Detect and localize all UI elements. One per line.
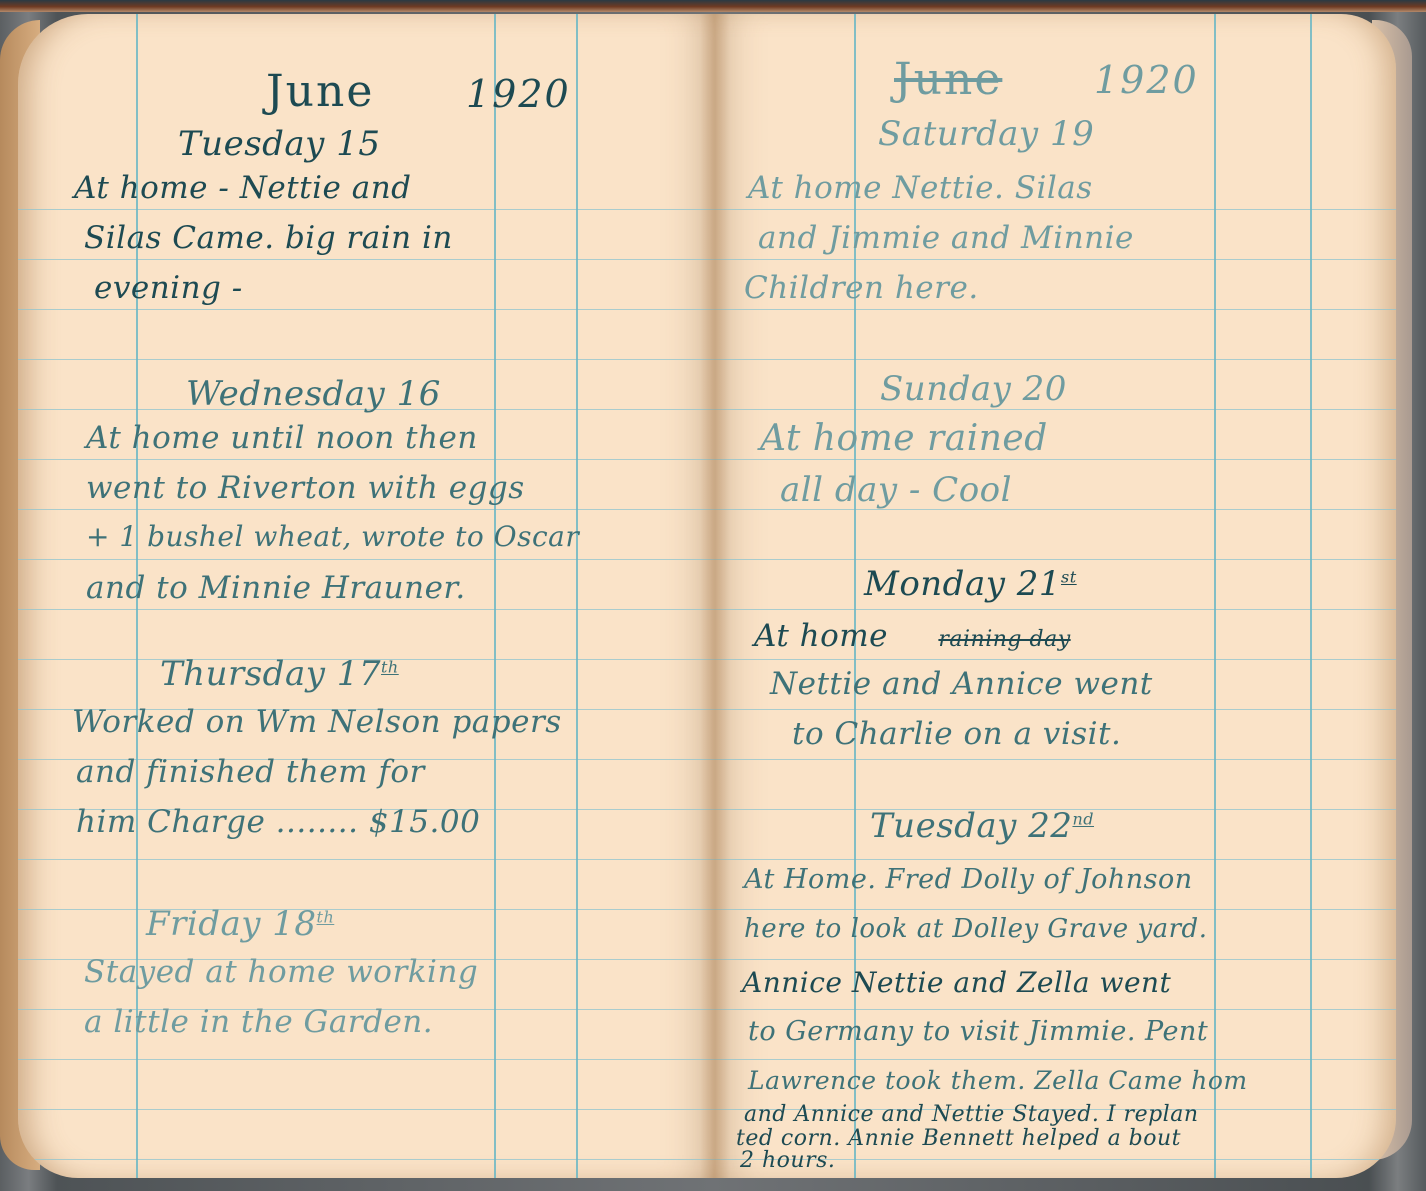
- day-date-suffix: nd: [1072, 810, 1094, 829]
- page-header-year: 1920: [466, 72, 571, 116]
- rule-line: [18, 859, 714, 860]
- entry-line: and Jimmie and Minnie: [758, 220, 1134, 256]
- day-name: Saturday: [878, 114, 1039, 154]
- page-header-month: June: [894, 54, 1002, 105]
- right-page: June 1920 Saturday 19 At home Nettie. Si…: [714, 14, 1396, 1178]
- entry-day: Friday 18th: [146, 904, 334, 944]
- column-line: [1214, 14, 1216, 1178]
- rule-line: [714, 459, 1396, 460]
- column-line: [1310, 14, 1312, 1178]
- page-header-month: June: [266, 66, 374, 117]
- rule-line: [714, 259, 1396, 260]
- entry-line: to Charlie on a visit.: [792, 716, 1121, 752]
- rule-line: [18, 909, 714, 910]
- rule-line: [714, 909, 1396, 910]
- entry-line: At home raining day: [754, 618, 1071, 654]
- left-page: June 1920 Tuesday 15 At home - Nettie an…: [18, 14, 714, 1178]
- rule-line: [714, 359, 1396, 360]
- rule-line: [714, 409, 1396, 410]
- rule-line: [714, 759, 1396, 760]
- day-date: 20: [1023, 369, 1067, 409]
- entry-line: went to Riverton with eggs: [86, 470, 525, 506]
- rule-line: [714, 959, 1396, 960]
- rule-line: [714, 709, 1396, 710]
- entry-line: 2 hours.: [740, 1148, 835, 1173]
- entry-day: Thursday 17th: [160, 654, 399, 694]
- day-name: Monday: [864, 564, 1005, 604]
- entry-line: At Home. Fred Dolly of Johnson: [744, 864, 1193, 895]
- entry-line: + 1 bushel wheat, wrote to Oscar: [86, 520, 579, 553]
- page-header-year: 1920: [1094, 58, 1199, 102]
- rule-line: [714, 659, 1396, 660]
- rule-line: [714, 609, 1396, 610]
- entry-line: At home until noon then: [86, 420, 478, 456]
- day-name: Tuesday: [178, 124, 325, 164]
- rule-line: [714, 559, 1396, 560]
- column-line: [576, 14, 578, 1178]
- rule-line: [18, 359, 714, 360]
- rule-line: [18, 209, 714, 210]
- cover-top-edge: [0, 0, 1426, 12]
- entry-line: and to Minnie Hrauner.: [86, 570, 466, 606]
- entry-line: here to look at Dolley Grave yard.: [744, 914, 1207, 944]
- rule-line: [714, 1059, 1396, 1060]
- day-name: Tuesday: [870, 806, 1017, 846]
- rule-line: [18, 309, 714, 310]
- day-date: 17: [337, 654, 381, 694]
- entry-line: At home - Nettie and: [74, 170, 412, 206]
- entry-line: At home Nettie. Silas: [748, 170, 1093, 206]
- day-name: Wednesday: [186, 374, 385, 414]
- entry-line: At home rained: [760, 418, 1048, 459]
- entry-line: Stayed at home working: [84, 954, 478, 990]
- rule-line: [714, 209, 1396, 210]
- day-date-suffix: st: [1061, 568, 1077, 587]
- rule-line: [714, 309, 1396, 310]
- day-name: Sunday: [880, 369, 1011, 409]
- day-date: 22: [1028, 806, 1072, 846]
- entry-line: Nettie and Annice went: [770, 666, 1153, 702]
- rule-line: [18, 559, 714, 560]
- day-name: Friday: [146, 904, 261, 944]
- rule-line: [18, 459, 714, 460]
- column-line: [494, 14, 496, 1178]
- book-gutter: [700, 14, 730, 1178]
- day-date: 18: [272, 904, 316, 944]
- rule-line: [18, 509, 714, 510]
- entry-day: Saturday 19: [878, 114, 1094, 154]
- entry-line: Annice Nettie and Zella went: [742, 966, 1171, 999]
- rule-line: [18, 1059, 714, 1060]
- day-date-suffix: th: [317, 908, 335, 927]
- entry-line: to Germany to visit Jimmie. Pent: [748, 1016, 1208, 1047]
- day-date-suffix: th: [381, 658, 399, 677]
- entry-day: Wednesday 16: [186, 374, 441, 414]
- entry-line: and Annice and Nettie Stayed. I replan: [744, 1102, 1199, 1127]
- day-date: 21: [1017, 564, 1061, 604]
- rule-line: [18, 259, 714, 260]
- rule-line: [18, 1159, 714, 1160]
- entry-line: a little in the Garden.: [84, 1004, 433, 1040]
- entry-day: Monday 21st: [864, 564, 1077, 604]
- entry-day: Tuesday 22nd: [870, 806, 1094, 846]
- entry-day: Tuesday 15: [178, 124, 380, 164]
- day-name: Thursday: [160, 654, 325, 694]
- entry-line: Lawrence took them. Zella Came hom: [748, 1066, 1248, 1095]
- struck-out-text: raining day: [938, 627, 1070, 652]
- entry-line: Children here.: [744, 270, 979, 306]
- entry-line: and finished them for: [76, 754, 425, 790]
- rule-line: [714, 859, 1396, 860]
- day-date: 15: [336, 124, 380, 164]
- entry-line: him Charge ........ $15.00: [76, 804, 480, 840]
- entry-line: all day - Cool: [780, 470, 1012, 510]
- rule-line: [714, 1009, 1396, 1010]
- day-date: 19: [1050, 114, 1094, 154]
- month-label: June: [894, 54, 1002, 105]
- day-date: 16: [397, 374, 441, 414]
- entry-day: Sunday 20: [880, 369, 1067, 409]
- entry-line: evening -: [94, 270, 243, 306]
- entry-line: Silas Came. big rain in: [84, 220, 453, 256]
- entry-line: Worked on Wm Nelson papers: [72, 704, 562, 740]
- entry-text: At home: [754, 618, 888, 654]
- rule-line: [18, 609, 714, 610]
- rule-line: [18, 1109, 714, 1110]
